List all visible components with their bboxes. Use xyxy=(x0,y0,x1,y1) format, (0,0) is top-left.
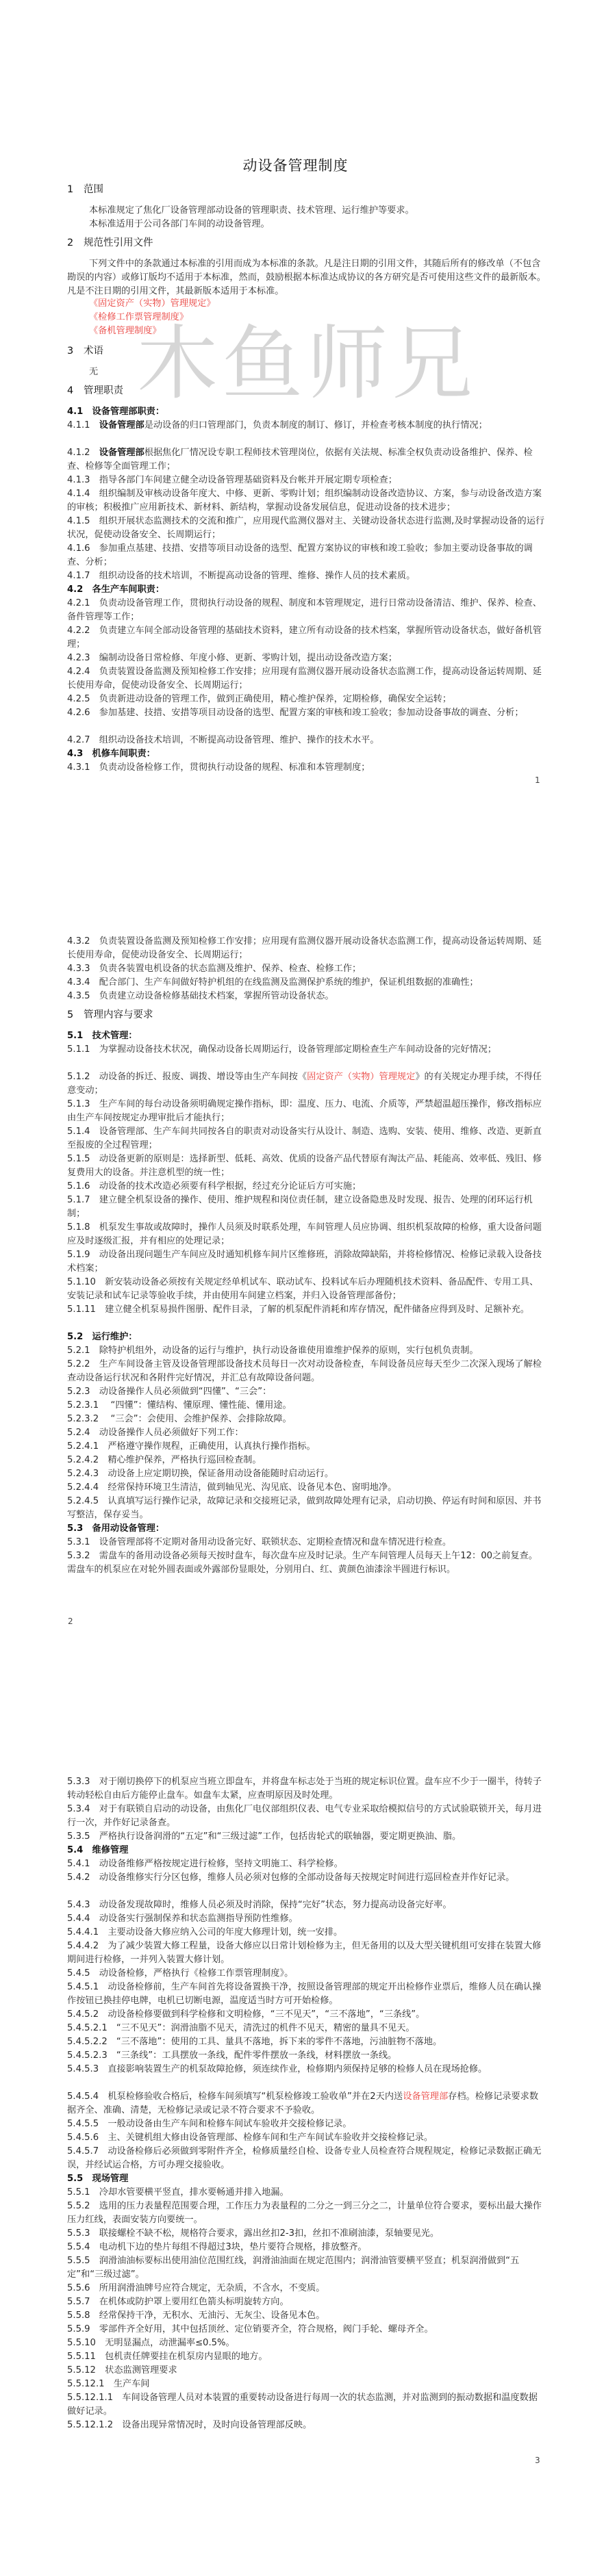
section-3-heading: 3术语 xyxy=(67,344,546,358)
clause-5-4-3: 5.4.3 动设备发现故障时，维修人员必须及时消除，保持“完好”状态，努力提高动… xyxy=(67,1898,546,1912)
section-4-heading: 4管理职责 xyxy=(67,384,546,398)
clause-5-4-2: 5.4.2 动设备维修实行分区包修，维修人员必须对包修的全部动设备每天按规定时间… xyxy=(67,1871,546,1885)
clause-5-5-5: 5.5.5 润滑油油标要标出使用油位范围红线，润滑油油面在规定范围内；润滑油管要… xyxy=(67,2254,546,2282)
clause-5-3-3: 5.3.3 对于刚切换停下的机泵应当班立即盘车，并将盘车标志处于当班的规定标识位… xyxy=(67,1775,546,1803)
section-3-para-1: 无 xyxy=(67,365,568,379)
clause-5-5-8: 5.5.8 经常保持干净，无积水、无油污、无灰尘、设备见本色。 xyxy=(67,2309,546,2323)
clause-4-1-4: 4.1.4 组织编制及审核动设备年度大、中修、更新、零购计划；组织编制动设备改造… xyxy=(67,487,546,515)
clause-5-3-5: 5.3.5 严格执行设备润滑的“五定”和“三级过滤”工作，包括齿轮式的联轴器，要… xyxy=(67,1830,546,1844)
clause-4-2-5: 4.2.5 负责新进动设备的管理工作，做到正确使用，精心维护保养，定期检修，确保… xyxy=(67,693,546,706)
clause-4-1-6: 4.1.6 参加重点基建、技措、安措等项目动设备的选型、配置方案协议的审核和竣工… xyxy=(67,542,546,569)
clause-4-2-6: 4.2.6 参加基建、技措、安措等项目动设备的选型、配置方案的审核和竣工验收；参… xyxy=(67,706,546,720)
clause-5-5-1: 5.5.1 冷却水管要横平竖直，排水要畅通并排入地漏。 xyxy=(67,2186,546,2200)
clause-5-5-12-1-1: 5.5.12.1.1 车间设备管理人员对本装置的重要转动设备进行每周一次的状态监… xyxy=(67,2391,546,2419)
section-2-heading: 2规范性引用文件 xyxy=(67,236,546,250)
clause-5-3-2: 5.3.2 需盘车的备用动设备必须每天按时盘车，每次盘车应及时记录。生产车间管理… xyxy=(67,1549,546,1577)
clause-5-1-11: 5.1.11 建立健全机泵易损件图册、配件目录，了解的机泵配件消耗和库存情况，配… xyxy=(67,1303,546,1317)
clause-5-2-2: 5.2.2 生产车间设备主管及设备管理部设备技术员每日一次对动设备检查，车间设备… xyxy=(67,1358,546,1385)
clause-5-2-4-3: 5.2.4.3 动设备上应定期切换，保证备用动设备能随时启动运行。 xyxy=(67,1467,546,1481)
clause-5-4-5-7: 5.4.5.7 动设备检修后必须做到零附件齐全，检修质量经自检、设备专业人员检查… xyxy=(67,2145,546,2172)
page-number: 2 xyxy=(68,1617,73,1626)
clause-5-3-1: 5.3.1 设备管理部将不定期对备用动设备完好、联锁状态、定期检查情况和盘车情况… xyxy=(67,1536,546,1549)
clause-5-5-12-1: 5.5.12.1 生产车间 xyxy=(67,2378,546,2391)
clause-5-4-5-4: 5.4.5.4 机泵检修验收合格后，检修车间须填写“机泵检修竣工验收单”并在2天… xyxy=(67,2090,546,2117)
clause-5-1-2: 5.1.2 动设备的拆迁、报废、调拨、增设等由生产车间按《固定资产（实物）管理规… xyxy=(67,1070,546,1098)
page-number: 1 xyxy=(535,775,540,785)
subsection-5-5: 5.5 现场管理 xyxy=(67,2172,546,2186)
clause-5-1-3: 5.1.3 生产车间的每台动设备须明确规定操作指标，即：温度、压力、电流、介质等… xyxy=(67,1098,546,1125)
clause-5-3-4: 5.3.4 对于有联锁自启动的动设备，由焦化厂电仪部组织仪表、电气专业采取给模拟… xyxy=(67,1803,546,1830)
clause-5-4-4: 5.4.4 动设备实行强制保养和状态监测指导预防性维修。 xyxy=(67,1912,546,1926)
clause-5-1-9: 5.1.9 动设备出现问题生产车间应及时通知机修车间片区维修班，消除故障缺陷，并… xyxy=(67,1248,546,1276)
clause-5-5-6: 5.5.6 所用润滑油牌号应符合规定，无杂质，不含水，不变质。 xyxy=(67,2282,546,2295)
clause-4-1-2: 4.1.2 设备管理部根据焦化厂情况设专职工程师技术管理岗位，依据有关法规、标准… xyxy=(67,446,546,474)
reference-link[interactable]: 固定资产（实物）管理规定 xyxy=(307,1072,415,1082)
clause-5-1-10: 5.1.10 新安装动设备必须按有关规定经单机试车、联动试车、投料试车后办理随机… xyxy=(67,1276,546,1303)
clause-5-4-5-2-3: 5.4.5.2.3 “三条线”：工具摆放一条线，配件零件摆放一条线，材料摆放一条… xyxy=(67,2049,546,2063)
subsection-4-3: 4.3 机修车间职责： xyxy=(67,747,546,761)
clause-5-5-3: 5.5.3 联接螺栓不缺不松，规格符合要求，露出丝扣2-3扣，丝扣不准刷油漆，泵… xyxy=(67,2227,546,2241)
subsection-4-1: 4.1 设备管理部职责： xyxy=(67,405,546,419)
clause-5-1-8: 5.1.8 机泵发生事故或故障时，操作人员须及时联系处理，车间管理人员应协调、组… xyxy=(67,1221,546,1248)
clause-4-2-2: 4.2.2 负责建立车间全部动设备管理的基础技术资料，建立所有动设备的技术档案，… xyxy=(67,624,546,652)
section-1-heading: 1范围 xyxy=(67,183,546,196)
clause-5-4-5: 5.4.5 动设备检修，严格执行《检修工作票管理制度》。 xyxy=(67,1967,546,1981)
subsection-4-2: 4.2 各生产车间职责： xyxy=(67,583,546,597)
clause-4-3-1: 4.3.1 负责动设备检修工作，贯彻执行动设备的规程、标准和本管理制度； xyxy=(67,761,546,775)
reference-link[interactable]: 设备管理部 xyxy=(403,2091,448,2102)
clause-5-2-3-1: 5.2.3.1 “四懂”：懂结构、懂原理、懂性能、懂用途。 xyxy=(67,1399,546,1413)
page-title: 动设备管理制度 xyxy=(0,155,591,175)
clause-4-2-7: 4.2.7 组织动设备技术培训，不断提高动设备管理、维护、操作的技术水平。 xyxy=(67,734,546,747)
clause-4-3-3: 4.3.3 负责各装置电机设备的状态监测及维护、保养、检查、检修工作； xyxy=(67,962,546,976)
section-5-heading: 5管理内容与要求 xyxy=(67,1008,546,1022)
clause-5-4-5-6: 5.4.5.6 主、关键机组大修由设备管理部、检修车间和生产车间试车验收并交接检… xyxy=(67,2131,546,2145)
reference-link[interactable]: 《固定资产（实物）管理规定》 xyxy=(67,297,568,311)
clause-5-5-9: 5.5.9 零部件齐全好用，其中包括顶丝、定位销要齐全，符合规格，阀门手轮、螺母… xyxy=(67,2323,546,2336)
clause-5-5-4: 5.5.4 电动机下边的垫片每组不得超过3块，垫片要符合规格，排放整齐。 xyxy=(67,2241,546,2254)
section-1-para-2: 本标准适用于公司各部门车间的动设备管理。 xyxy=(67,218,568,231)
clause-5-4-5-2: 5.4.5.2 动设备检修要做到科学检修和文明检修，“三不见天”，“三不落地”，… xyxy=(67,2008,546,2022)
clause-5-2-4-1: 5.2.4.1 严格遵守操作规程，正确使用，认真执行操作指标。 xyxy=(67,1440,546,1454)
clause-5-5-11: 5.5.11 包机责任牌要挂在机泵房内显眼的地方。 xyxy=(67,2350,546,2364)
clause-5-5-7: 5.5.7 在机体或防护罩上要用红色箭头标明旋转方向。 xyxy=(67,2295,546,2309)
clause-5-1-4: 5.1.4 设备管理部、生产车间共同按各自的职责对动设备实行从设计、制造、选购、… xyxy=(67,1125,546,1152)
clause-5-1-6: 5.1.6 动设备的技术改造必须要有科学根据，经过充分论证后方可实施； xyxy=(67,1180,546,1194)
clause-4-1-5: 4.1.5 组织开展状态监测技术的交流和推广，应用现代监测仪器对主、关键动设备状… xyxy=(67,515,546,542)
clause-4-3-5: 4.3.5 负责建立动设备检修基础技术档案，掌握所管动设备状态。 xyxy=(67,990,546,1003)
clause-5-5-12: 5.5.12 状态监测管理要求 xyxy=(67,2364,546,2378)
subsection-5-2: 5.2 运行维护： xyxy=(67,1330,546,1344)
reference-link[interactable]: 《备机管理制度》 xyxy=(67,324,568,338)
clause-5-4-4-1: 5.4.4.1 主要动设备大修应纳入公司的年度大修理计划，统一安排。 xyxy=(67,1926,546,1940)
clause-4-1-1: 4.1.1 设备管理部是动设备的归口管理部门，负责本制度的制订、修订，并检查考核… xyxy=(67,419,546,433)
clause-5-2-3-2: 5.2.3.2 “三会”：会使用、会维护保养、会排除故障。 xyxy=(67,1413,546,1426)
clause-4-3-4: 4.3.4 配合部门、生产车间做好特护机组的在线监测及监测保护系统的维护，保证机… xyxy=(67,976,546,990)
clause-5-4-5-3: 5.4.5.3 直接影响装置生产的机泵故障抢修，须连续作业，检修期内须保持足够的… xyxy=(67,2063,546,2076)
clause-5-1-1: 5.1.1 为掌握动设备技术状况，确保动设备长周期运行，设备管理部定期检查生产车… xyxy=(67,1043,546,1057)
clause-5-2-4-5: 5.2.4.5 认真填写运行操作记录，故障记录和交接班记录，做到故障处理有记录，… xyxy=(67,1495,546,1522)
clause-4-2-1: 4.2.1 负责动设备管理工作，贯彻执行动设备的规程、制度和本管理规定，进行日常… xyxy=(67,597,546,624)
clause-4-1-3: 4.1.3 指导各部门车间建立健全动设备管理基础资料及台帐并开展定期专项检查； xyxy=(67,474,546,487)
clause-5-2-4-4: 5.2.4.4 经常保持环境卫生清洁，做到轴见光、沟见底、设备见本色、窗明地净。 xyxy=(67,1481,546,1495)
reference-link[interactable]: 《检修工作票管理制度》 xyxy=(67,311,568,324)
clause-4-2-3: 4.2.3 编制动设备日常检修、年度小修、更新、零购计划，提出动设备改造方案； xyxy=(67,652,546,665)
clause-5-4-4-2: 5.4.4.2 为了减少装置大修工程量，设备大修应以日常计划检修为主，但无备用的… xyxy=(67,1940,546,1967)
subsection-5-1: 5.1 技术管理： xyxy=(67,1029,546,1043)
clause-5-4-5-1: 5.4.5.1 动设备检修前，生产车间首先将设备置换干净，按照设备管理部的规定开… xyxy=(67,1981,546,2008)
section-2-para-1: 下列文件中的条款通过本标准的引用而成为本标准的条款。凡是注日期的引用文件，其随后… xyxy=(67,257,546,298)
section-1-para-1: 本标准规定了焦化厂设备管理部动设备的管理职责、技术管理、运行维护等要求。 xyxy=(67,204,568,218)
clause-5-2-4-2: 5.2.4.2 精心维护保养，严格执行巡回检查制。 xyxy=(67,1454,546,1467)
clause-5-5-12-1-2: 5.5.12.1.2 设备出现异常情况时，及时向设备管理部反映。 xyxy=(67,2419,546,2432)
clause-5-5-10: 5.5.10 无明显漏点，动泄漏率≤0.5%。 xyxy=(67,2336,546,2350)
clause-5-4-5-2-2: 5.4.5.2.2 “三不落地”：使用的工具、量具不落地，拆下来的零件不落地，污… xyxy=(67,2035,546,2049)
clause-4-2-4: 4.2.4 负责装置设备监测及预知检修工作安排；应用现有监测仪器开展动设备状态监… xyxy=(67,665,546,693)
clause-5-4-5-2-1: 5.4.5.2.1 “三不见天”：润滑油脂不见天，清洗过的机件不见天，精密的量具… xyxy=(67,2022,546,2035)
page-number: 3 xyxy=(535,2456,540,2465)
clause-5-1-7: 5.1.7 建立健全机泵设备的操作、使用、维护规程和岗位责任制，建立设备隐患及时… xyxy=(67,1194,546,1221)
clause-5-2-4: 5.2.4 动设备操作人员必须做好下列工作： xyxy=(67,1426,546,1440)
clause-4-3-2: 4.3.2 负责装置设备监测及预知检修工作安排；应用现有监测仪器开展动设备状态监… xyxy=(67,935,546,962)
clause-5-4-5-5: 5.4.5.5 一般动设备由生产车间和检修车间试车验收并交接检修记录。 xyxy=(67,2117,546,2131)
clause-5-1-5: 5.1.5 动设备更新的原则是：选择新型、低耗、高效、优质的设备产品代替原有淘汰… xyxy=(67,1152,546,1180)
subsection-5-3: 5.3 备用动设备管理： xyxy=(67,1522,546,1536)
clause-5-2-3: 5.2.3 动设备操作人员必须做到“四懂”、“三会”： xyxy=(67,1385,546,1399)
clause-4-1-7: 4.1.7 组织动设备的技术培训，不断提高动设备的管理、维修、操作人员的技术素质… xyxy=(67,569,546,583)
subsection-5-4: 5.4 维修管理 xyxy=(67,1844,546,1857)
clause-5-4-1: 5.4.1 动设备维修严格按规定进行检修，坚持文明施工、科学检修。 xyxy=(67,1857,546,1871)
clause-5-5-2: 5.5.2 选用的压力表量程范围要合理，工作压力为表量程的二分之一到三分之二，计… xyxy=(67,2200,546,2227)
clause-5-2-1: 5.2.1 除特护机组外，动设备的运行与维护，执行动设备谁使用谁维护保养的原则，… xyxy=(67,1344,546,1358)
